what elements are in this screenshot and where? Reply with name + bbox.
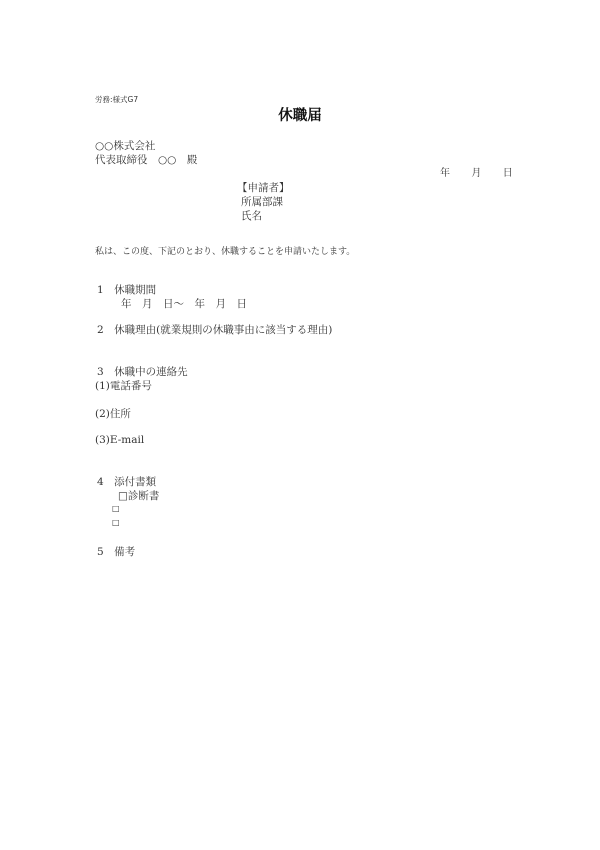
- section-attachments-heading: 4 添付書類: [97, 474, 156, 489]
- intro-text: 私は、この度、下記のとおり、休職することを申請いたします。: [95, 244, 355, 257]
- contact-email-label: (3)E-mail: [95, 434, 144, 446]
- period-range: 年 月 日〜 年 月 日: [121, 296, 247, 311]
- section-contact-heading: 3 休職中の連絡先: [97, 364, 188, 379]
- addressee-recipient: 代表取締役 ○○ 殿: [95, 152, 197, 167]
- submission-date: 年 月 日: [440, 164, 513, 179]
- department-label: 所属部課: [241, 194, 283, 209]
- date-day: 日: [503, 164, 513, 179]
- contact-phone-label: (1)電話番号: [95, 378, 152, 393]
- name-label: 氏名: [241, 208, 262, 223]
- document-title: 休職届: [0, 104, 600, 125]
- contact-address-label: (2)住所: [95, 406, 131, 421]
- section-reason-heading: 2 休職理由(就業規則の休職事由に該当する理由): [97, 322, 332, 337]
- date-month: 月: [471, 164, 481, 179]
- attachment-checkbox: □: [112, 518, 120, 527]
- section-remarks-heading: 5 備考: [97, 544, 135, 559]
- section-period-heading: 1 休職期間: [97, 282, 156, 297]
- attachment-item: □診断書: [118, 488, 159, 503]
- addressee-company: ○○株式会社: [95, 138, 155, 153]
- date-year: 年: [440, 164, 450, 179]
- attachment-checkbox: □: [112, 504, 120, 513]
- applicant-heading: 【申請者】: [237, 180, 290, 195]
